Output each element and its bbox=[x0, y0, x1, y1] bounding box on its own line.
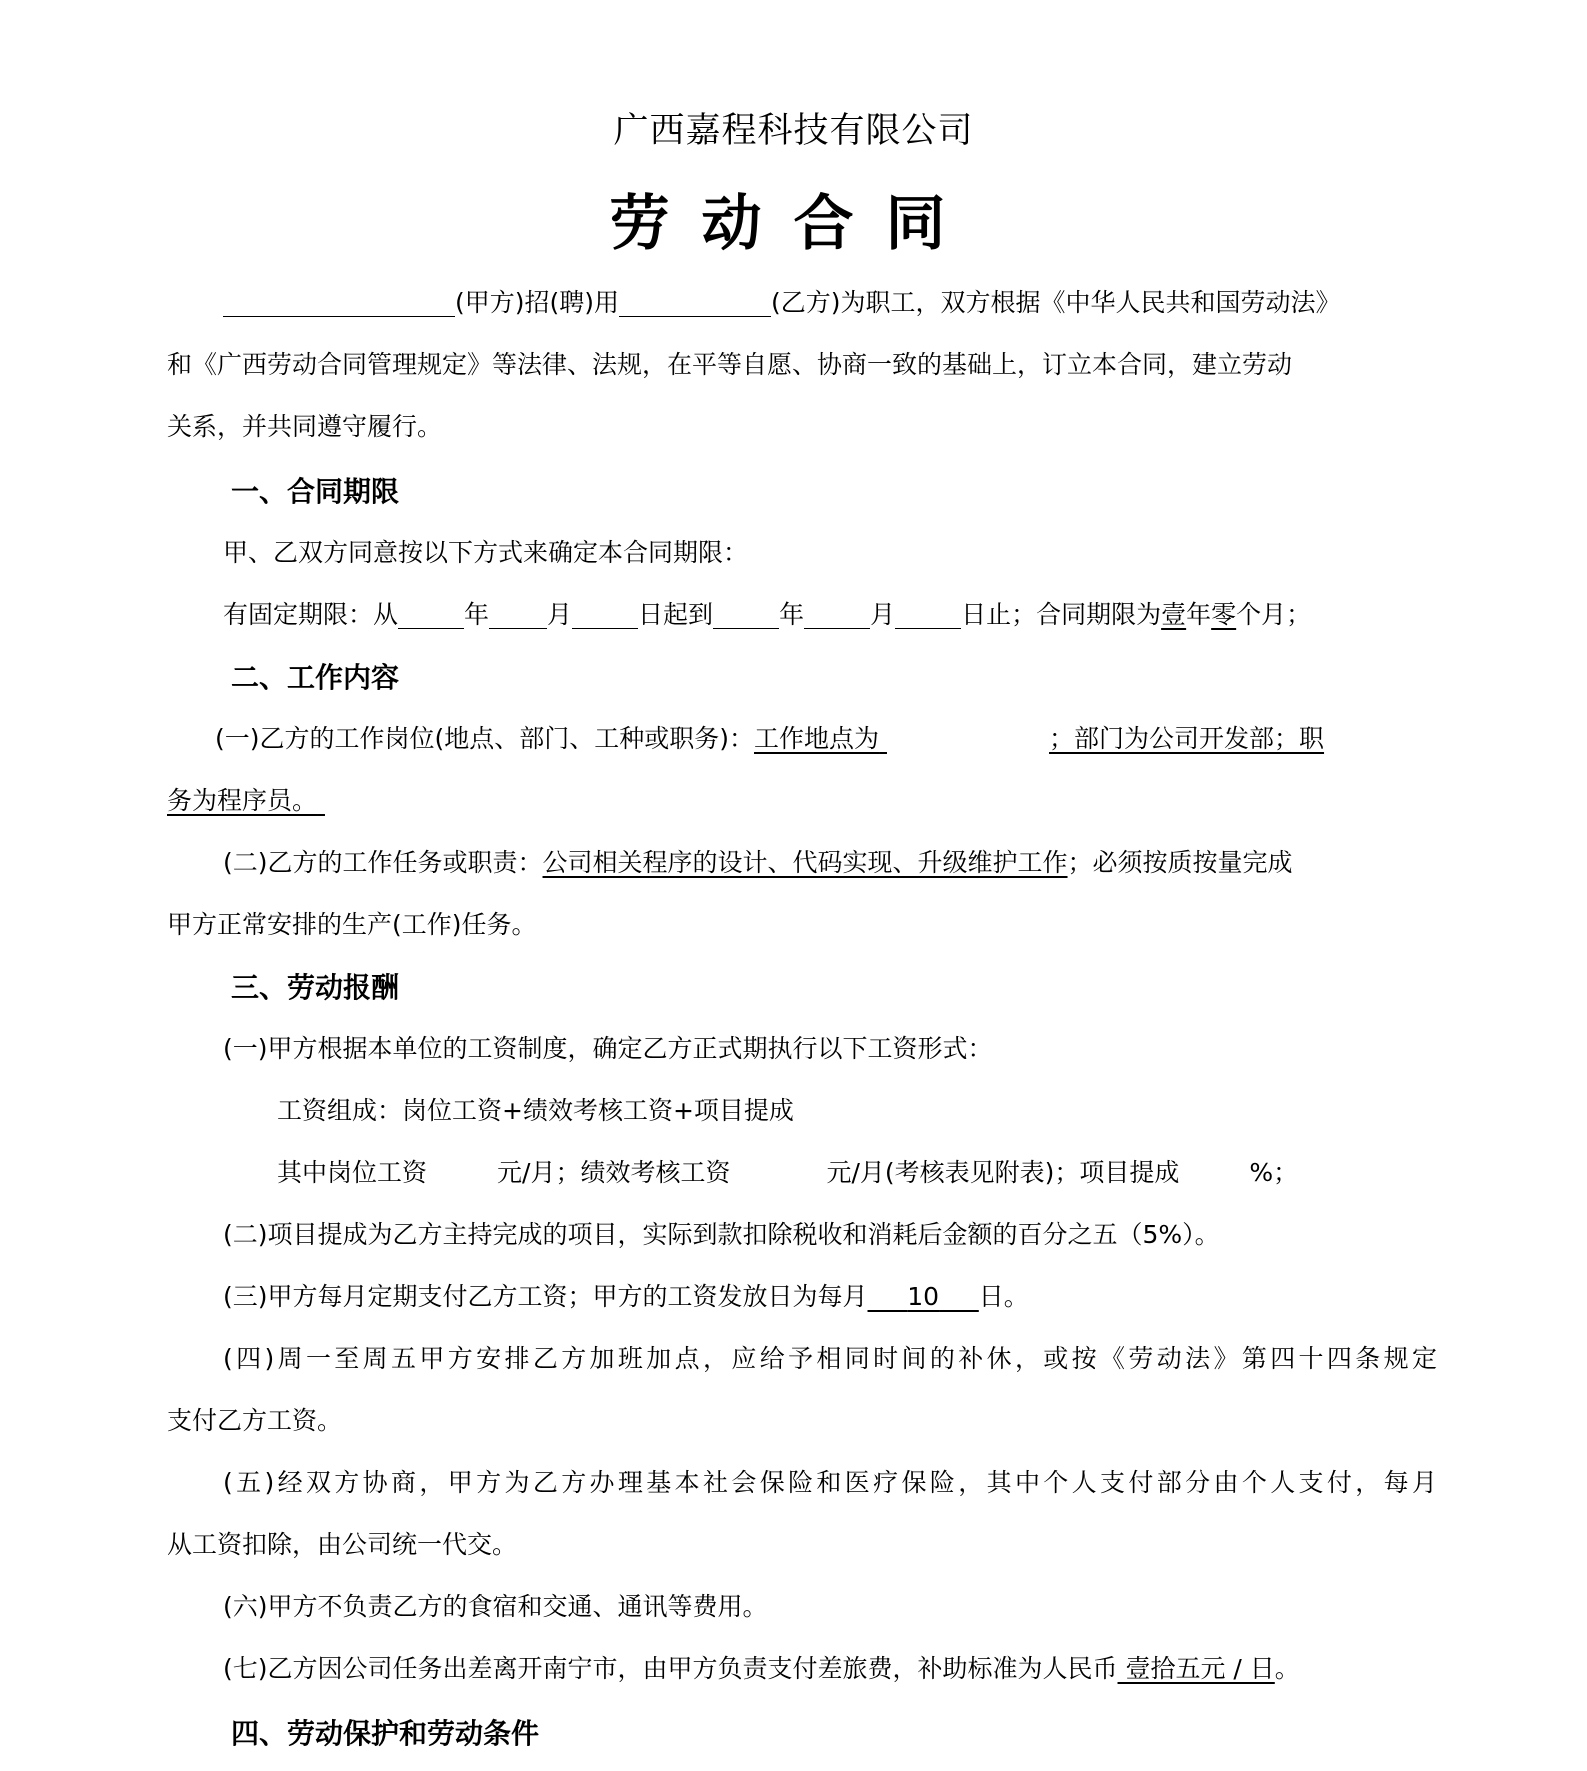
duties-line-2: 甲方正常安排的生产(工作)任务。 bbox=[167, 908, 1437, 942]
party-a-blank[interactable] bbox=[223, 290, 455, 317]
section-heading-2: 二、工作内容 bbox=[231, 656, 399, 696]
work-post-line-1: (一)乙方的工作岗位(地点、部门、工种或职务)：工作地点为 ；部门为公司开发部；… bbox=[215, 722, 1437, 756]
pay-item-3: (三)甲方每月定期支付乙方工资；甲方的工资发放日为每月 10 日。 bbox=[223, 1280, 1493, 1314]
start-year-blank[interactable] bbox=[398, 602, 464, 629]
preamble-line-1: (甲方)招(聘)用(乙方)为职工，双方根据《中华人民共和国劳动法》 bbox=[223, 286, 1437, 320]
pay-item-5-line-2: 从工资扣除，由公司统一代交。 bbox=[167, 1528, 1437, 1562]
section-heading-4: 四、劳动保护和劳动条件 bbox=[231, 1712, 539, 1752]
term-intro: 甲、乙双方同意按以下方式来确定本合同期限： bbox=[223, 536, 1493, 570]
company-name: 广西嘉程科技有限公司 bbox=[0, 103, 1587, 153]
start-month-blank[interactable] bbox=[489, 602, 547, 629]
duties-line-1: (二)乙方的工作任务或职责：公司相关程序的设计、代码实现、升级维护工作；必须按质… bbox=[223, 846, 1493, 880]
work-post-line-2: 务为程序员。 bbox=[167, 784, 1437, 818]
end-day-blank[interactable] bbox=[895, 602, 961, 629]
pay-item-4-line-1: (四)周一至周五甲方安排乙方加班加点，应给予相同时间的补休，或按《劳动法》第四十… bbox=[223, 1342, 1437, 1376]
pay-item-1: (一)甲方根据本单位的工资制度，确定乙方正式期执行以下工资形式： bbox=[223, 1032, 1493, 1066]
section-heading-1: 一、合同期限 bbox=[231, 470, 399, 510]
term-line: 有固定期限：从年月日起到年月日止；合同期限为壹年零个月； bbox=[223, 598, 1493, 632]
pay-item-5-line-1: (五)经双方协商，甲方为乙方办理基本社会保险和医疗保险，其中个人支付部分由个人支… bbox=[223, 1466, 1437, 1500]
start-day-blank[interactable] bbox=[572, 602, 638, 629]
pay-item-6: (六)甲方不负责乙方的食宿和交通、通讯等费用。 bbox=[223, 1590, 1493, 1624]
section-heading-3: 三、劳动报酬 bbox=[231, 966, 399, 1006]
preamble-line-3: 关系，并共同遵守履行。 bbox=[167, 410, 1437, 444]
preamble-line-2: 和《广西劳动合同管理规定》等法律、法规，在平等自愿、协商一致的基础上，订立本合同… bbox=[167, 348, 1437, 382]
end-year-blank[interactable] bbox=[713, 602, 779, 629]
end-month-blank[interactable] bbox=[804, 602, 870, 629]
pay-composition: 工资组成：岗位工资+绩效考核工资+项目提成 bbox=[277, 1094, 1547, 1128]
pay-item-2: (二)项目提成为乙方主持完成的项目，实际到款扣除税收和消耗后金额的百分之五（5%… bbox=[223, 1218, 1493, 1252]
document-title: 劳动合同 bbox=[0, 176, 1587, 262]
work-location-blank[interactable] bbox=[879, 722, 1049, 756]
pay-amounts: 其中岗位工资元/月；绩效考核工资元/月(考核表见附表)；项目提成%； bbox=[277, 1156, 1547, 1190]
pay-item-4-line-2: 支付乙方工资。 bbox=[167, 1404, 1437, 1438]
document-page: 广西嘉程科技有限公司 劳动合同 (甲方)招(聘)用(乙方)为职工，双方根据《中华… bbox=[0, 0, 1587, 1771]
party-b-blank[interactable] bbox=[619, 290, 771, 317]
pay-item-7: (七)乙方因公司任务出差离开南宁市，由甲方负责支付差旅费，补助标准为人民币 壹拾… bbox=[223, 1652, 1493, 1686]
payday-value[interactable]: 10 bbox=[868, 1282, 979, 1311]
